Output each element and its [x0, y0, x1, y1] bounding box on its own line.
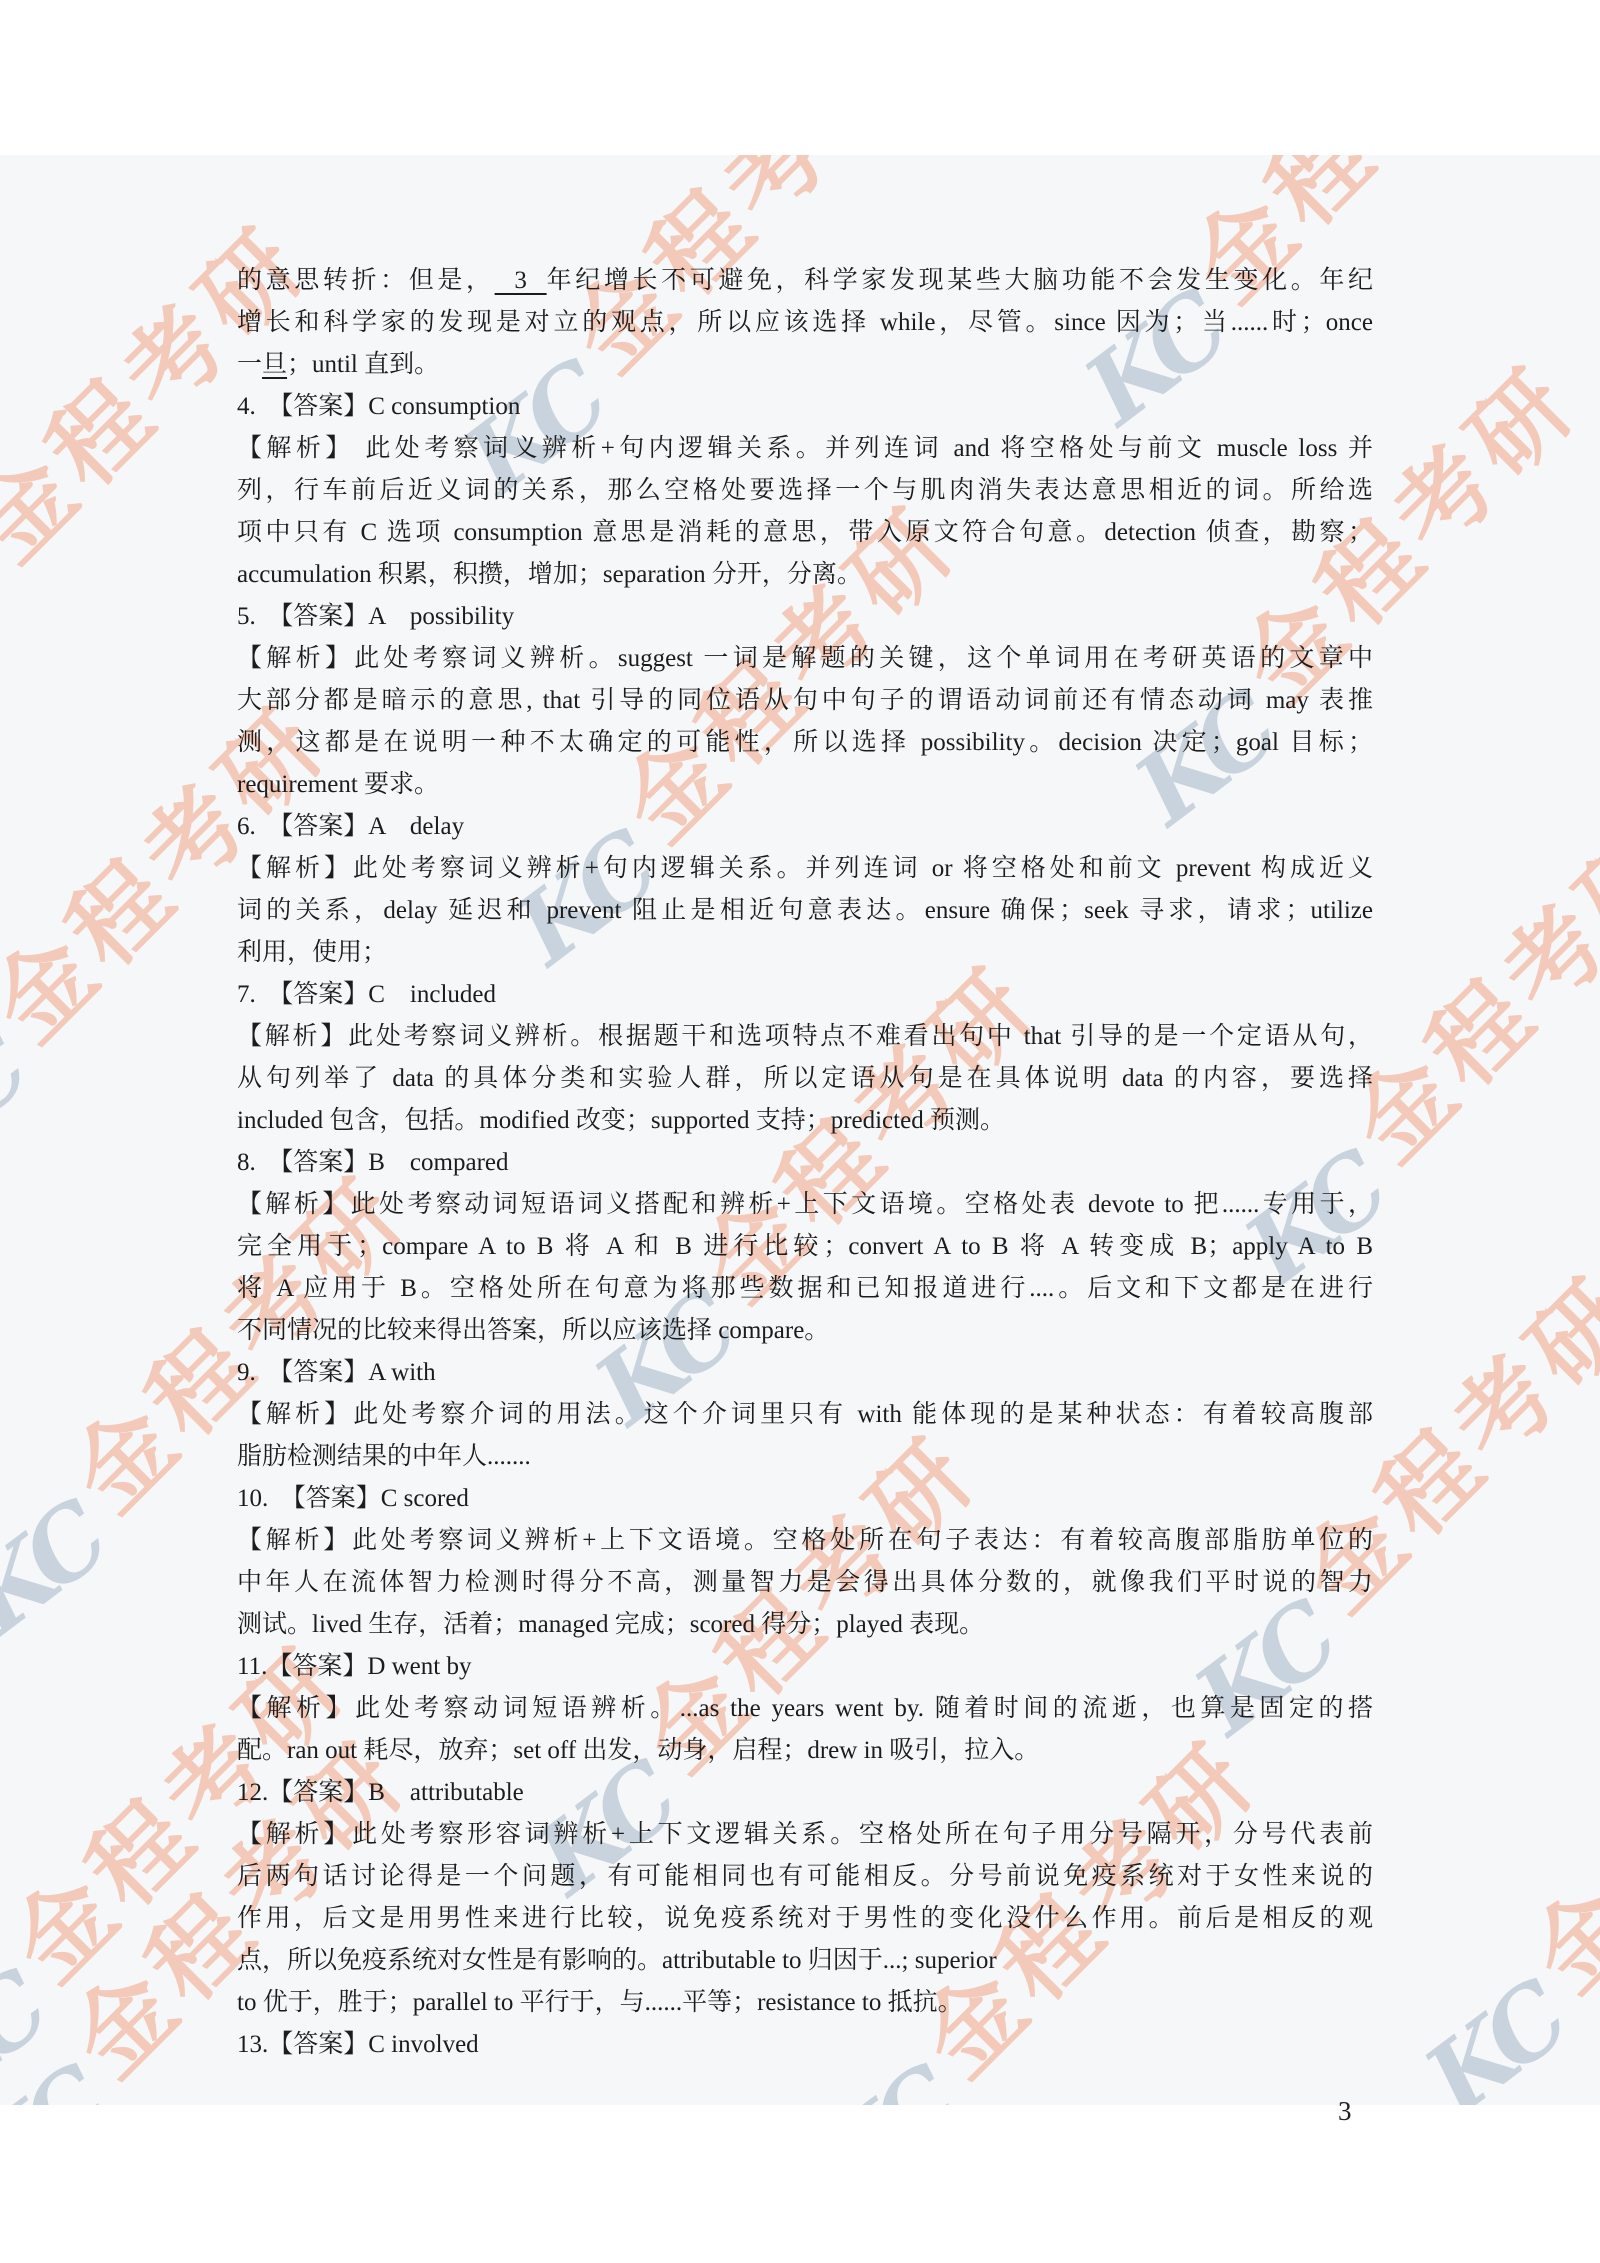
text-line: to 优于，胜于；parallel to 平行于，与......平等；resis… [237, 1982, 1373, 2024]
text-line: 不同情况的比较来得出答案，所以应该选择 compare。 [237, 1310, 1373, 1352]
text-line: 【解析】此处考察动词短语辨析。...as the years went by. … [237, 1688, 1373, 1730]
text-line: 12.【答案】B attributable [237, 1772, 1373, 1814]
text-segment: included 包含，包括。modified 改变；supported 支持；… [237, 1107, 1005, 1134]
text-segment: 9. 【答案】A with [237, 1359, 436, 1386]
text-segment: 【解析】此处考察词义辨析。根据题干和选项特点不难看出句中 that 引导的是一个… [237, 1023, 1373, 1050]
text-segment: 5. 【答案】A possibility [237, 603, 514, 630]
text-line: 列，行车前后近义词的关系，那么空格处要选择一个与肌肉消失表达意思相近的词。所给选 [237, 470, 1373, 512]
text-segment: 作用，后文是用男性来进行比较，说免疫系统对于男性的变化没什么作用。前后是相反的观 [237, 1905, 1373, 1932]
text-line: 脂肪检测结果的中年人....... [237, 1436, 1373, 1478]
text-segment: 不同情况的比较来得出答案，所以应该选择 compare。 [237, 1317, 829, 1344]
brand-watermark-text: 金程考研 [1497, 1620, 1600, 2017]
text-segment: 【解析】此处考察词义辨析+句内逻辑关系。并列连词 or 将空格处和前文 prev… [237, 855, 1373, 882]
text-segment: 【解析】此处考察介词的用法。这个介词里只有 with 能体现的是某种状态：有着较… [237, 1401, 1373, 1428]
text-segment: 后两句话讨论得是一个问题，有可能相同也有可能相反。分号前说免疫系统对于女性来说的 [237, 1863, 1373, 1890]
text-segment: 【解析】此处考察词义辨析+上下文语境。空格处所在句子表达：有着较高腹部脂肪单位的 [237, 1527, 1373, 1554]
text-segment: 词的关系，delay 延迟和 prevent 阻止是相近句意表达。ensure … [237, 897, 1373, 924]
text-segment: 13.【答案】C involved [237, 2031, 479, 2058]
text-line: 8. 【答案】B compared [237, 1142, 1373, 1184]
text-segment: 年纪增长不可避免，科学家发现某些大脑功能不会发生变化。年纪 [547, 267, 1373, 294]
text-segment: 利用，使用； [237, 939, 387, 966]
text-segment: 【解析】此处考察形容词辨析+上下文逻辑关系。空格处所在句子用分号隔开，分号代表前 [237, 1821, 1373, 1848]
text-line: 9. 【答案】A with [237, 1352, 1373, 1394]
kc-logo-icon: KC [0, 1483, 122, 1656]
text-segment: 一 [237, 351, 262, 378]
text-line: included 包含，包括。modified 改变；supported 支持；… [237, 1100, 1373, 1142]
text-segment: 中年人在流体智力检测时得分不高，测量智力是会得出具体分数的，就像我们平时说的智力 [237, 1569, 1373, 1596]
text-line: 一旦；until 直到。 [237, 344, 1373, 386]
text-line: 11.【答案】D went by [237, 1646, 1373, 1688]
text-segment: 将 A 应用于 B。空格处所在句意为将那些数据和已知报道进行....。后文和下文… [237, 1275, 1373, 1302]
text-line: 7. 【答案】C included [237, 974, 1373, 1016]
text-line: 利用，使用； [237, 932, 1373, 974]
kc-logo-icon: KC [1405, 1963, 1583, 2105]
text-line: 4. 【答案】C consumption [237, 386, 1373, 428]
text-segment: requirement 要求。 [237, 771, 439, 798]
text-line: 的意思转折：但是， 3 年纪增长不可避免，科学家发现某些大脑功能不会发生变化。年… [237, 260, 1373, 302]
text-line: 测，这都是在说明一种不太确定的可能性，所以选择 possibility。deci… [237, 722, 1373, 764]
text-segment: 完全用于；compare A to B 将 A 和 B 进行比较；convert… [237, 1233, 1373, 1260]
text-line: 作用，后文是用男性来进行比较，说免疫系统对于男性的变化没什么作用。前后是相反的观 [237, 1898, 1373, 1940]
text-line: 6. 【答案】A delay [237, 806, 1373, 848]
text-line: 【解析】此处考察词义辨析。suggest 一词是解题的关键，这个单词用在考研英语… [237, 638, 1373, 680]
text-segment: 【解析】 此处考察词义辨析+句内逻辑关系。并列连词 and 将空格处与前文 mu… [237, 435, 1373, 462]
text-segment: 4. 【答案】C consumption [237, 393, 520, 420]
text-line: 测试。lived 生存，活着；managed 完成；scored 得分；play… [237, 1604, 1373, 1646]
text-segment: 列，行车前后近义词的关系，那么空格处要选择一个与肌肉消失表达意思相近的词。所给选 [237, 477, 1373, 504]
text-segment: 11.【答案】D went by [237, 1653, 471, 1680]
text-segment: 项中只有 C 选项 consumption 意思是消耗的意思，带入原文符合句意。… [237, 519, 1373, 546]
text-line: 5. 【答案】A possibility [237, 596, 1373, 638]
text-segment: 【解析】此处考察动词短语辨析。...as the years went by. … [237, 1695, 1373, 1722]
page-number: 3 [1338, 2094, 1352, 2128]
text-segment: 点，所以免疫系统对女性是有影响的。attributable to 归因于...;… [237, 1947, 997, 1974]
text-line: 【解析】此处考察介词的用法。这个介词里只有 with 能体现的是某种状态：有着较… [237, 1394, 1373, 1436]
text-line: 【解析】 此处考察词义辨析+句内逻辑关系。并列连词 and 将空格处与前文 mu… [237, 428, 1373, 470]
text-line: 中年人在流体智力检测时得分不高，测量智力是会得出具体分数的，就像我们平时说的智力 [237, 1562, 1373, 1604]
underlined-text-segment: 3 [495, 267, 547, 294]
text-segment: to 优于，胜于；parallel to 平行于，与......平等；resis… [237, 1989, 963, 2016]
text-line: 将 A 应用于 B。空格处所在句意为将那些数据和已知报道进行....。后文和下文… [237, 1268, 1373, 1310]
text-segment: 配。ran out 耗尽，放弃；set off 出发，动身，启程；drew in… [237, 1737, 1039, 1764]
answers-text-block: 的意思转折：但是， 3 年纪增长不可避免，科学家发现某些大脑功能不会发生变化。年… [237, 260, 1373, 2066]
text-segment: 的意思转折：但是， [237, 267, 495, 294]
text-line: 10. 【答案】C scored [237, 1478, 1373, 1520]
text-segment: 测试。lived 生存，活着；managed 完成；scored 得分；play… [237, 1611, 984, 1638]
text-segment: ；until 直到。 [287, 351, 439, 378]
text-line: 后两句话讨论得是一个问题，有可能相同也有可能相反。分号前说免疫系统对于女性来说的 [237, 1856, 1373, 1898]
kc-logo-icon: KC [0, 2048, 122, 2105]
text-line: requirement 要求。 [237, 764, 1373, 806]
underlined-text-segment: 旦 [262, 351, 287, 378]
text-line: 13.【答案】C involved [237, 2024, 1373, 2066]
text-line: 【解析】此处考察词义辨析+上下文语境。空格处所在句子表达：有着较高腹部脂肪单位的 [237, 1520, 1373, 1562]
text-line: 词的关系，delay 延迟和 prevent 阻止是相近句意表达。ensure … [237, 890, 1373, 932]
text-line: 【解析】此处考察词义辨析+句内逻辑关系。并列连词 or 将空格处和前文 prev… [237, 848, 1373, 890]
kc-logo-icon: KC [0, 533, 22, 706]
text-line: 点，所以免疫系统对女性是有影响的。attributable to 归因于...;… [237, 1940, 1373, 1982]
text-line: 项中只有 C 选项 consumption 意思是消耗的意思，带入原文符合句意。… [237, 512, 1373, 554]
text-line: 增长和科学家的发现是对立的观点，所以应该选择 while，尽管。since 因为… [237, 302, 1373, 344]
text-line: accumulation 积累，积攒，增加；separation 分开，分离。 [237, 554, 1373, 596]
text-segment: 从句列举了 data 的具体分类和实验人群，所以定语从句是在具体说明 data … [237, 1065, 1373, 1092]
text-line: 从句列举了 data 的具体分类和实验人群，所以定语从句是在具体说明 data … [237, 1058, 1373, 1100]
kc-logo-icon: KC [0, 1953, 62, 2105]
page-content-area: KC金程考研KC金程考研KC金程考研KC金程考研KC金程考研KC金程考研KC金程… [0, 155, 1600, 2105]
text-segment: 测，这都是在说明一种不太确定的可能性，所以选择 possibility。deci… [237, 729, 1373, 756]
text-segment: 10. 【答案】C scored [237, 1485, 469, 1512]
text-line: 完全用于；compare A to B 将 A 和 B 进行比较；convert… [237, 1226, 1373, 1268]
text-line: 【解析】此处考察词义辨析。根据题干和选项特点不难看出句中 that 引导的是一个… [237, 1016, 1373, 1058]
text-segment: 7. 【答案】C included [237, 981, 496, 1008]
text-segment: 脂肪检测结果的中年人....... [237, 1443, 531, 1470]
text-segment: 【解析】此处考察词义辨析。suggest 一词是解题的关键，这个单词用在考研英语… [237, 645, 1373, 672]
text-line: 【解析】此处考察动词短语词义搭配和辨析+上下文语境。空格处表 devote to… [237, 1184, 1373, 1226]
text-segment: accumulation 积累，积攒，增加；separation 分开，分离。 [237, 561, 862, 588]
text-segment: 12.【答案】B attributable [237, 1779, 524, 1806]
kc-logo-icon: KC [0, 1013, 42, 1186]
text-segment: 增长和科学家的发现是对立的观点，所以应该选择 while，尽管。since 因为… [237, 309, 1373, 336]
document-page: { "page": { "number": "3" }, "colors": {… [0, 0, 1600, 2263]
brand-watermark: KC金程考研 [1382, 1620, 1600, 2105]
text-segment: 大部分都是暗示的意思, that 引导的同位语从句中句子的谓语动词前还有情态动词… [237, 687, 1373, 714]
text-segment: 【解析】此处考察动词短语词义搭配和辨析+上下文语境。空格处表 devote to… [237, 1191, 1373, 1218]
text-line: 大部分都是暗示的意思, that 引导的同位语从句中句子的谓语动词前还有情态动词… [237, 680, 1373, 722]
text-line: 配。ran out 耗尽，放弃；set off 出发，动身，启程；drew in… [237, 1730, 1373, 1772]
text-segment: 6. 【答案】A delay [237, 813, 464, 840]
text-line: 【解析】此处考察形容词辨析+上下文逻辑关系。空格处所在句子用分号隔开，分号代表前 [237, 1814, 1373, 1856]
text-segment: 8. 【答案】B compared [237, 1149, 509, 1176]
